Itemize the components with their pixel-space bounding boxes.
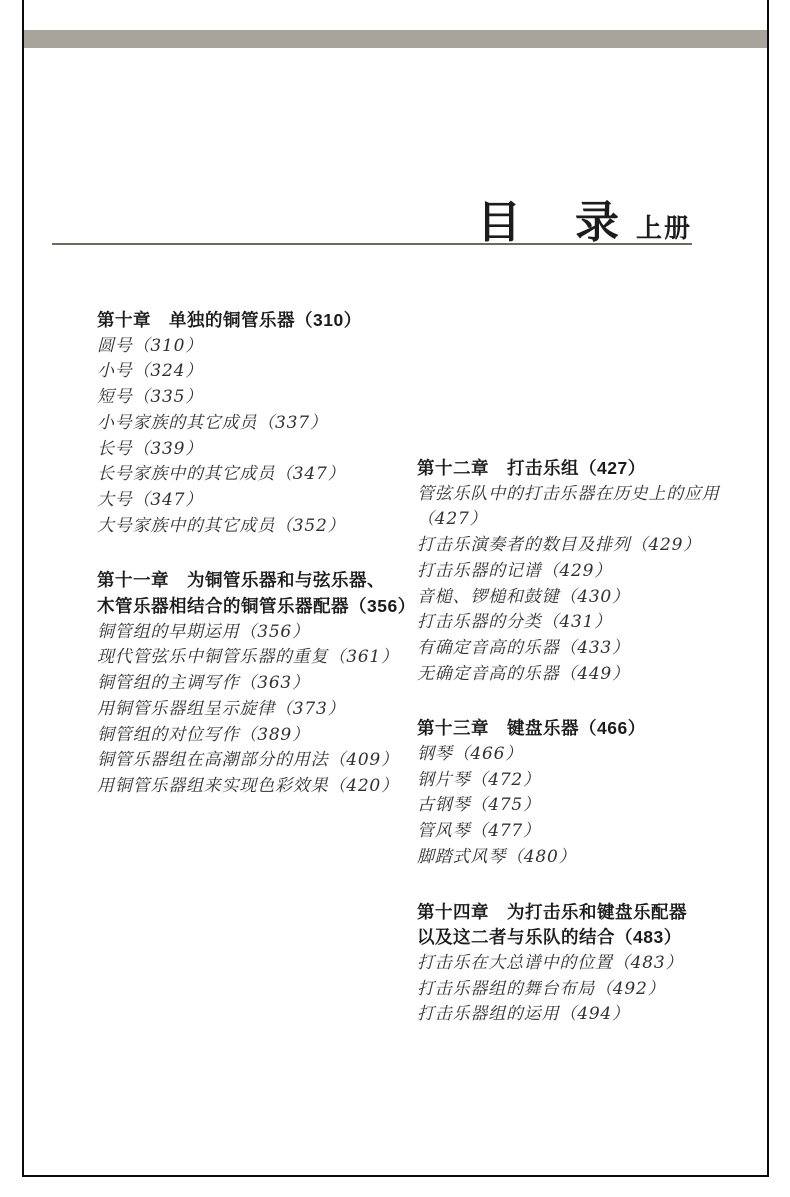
toc-item: 无确定音高的乐器（449）	[417, 662, 757, 688]
page-border-left	[22, 0, 24, 1177]
toc-item: 用铜管乐器组呈示旋律（373）	[97, 697, 419, 723]
chapter-heading: 第十三章 键盘乐器（466）	[417, 716, 757, 742]
toc-item: 铜管组的早期运用（356）	[97, 620, 419, 646]
chapter-heading: 第十一章 为铜管乐器和与弦乐器、 木管乐器相结合的铜管乐器配器（356）	[97, 568, 419, 619]
chapter-heading: 第十四章 为打击乐和键盘乐配器 以及这二者与乐队的结合（483）	[417, 900, 757, 951]
toc-item: 小号（324）	[97, 359, 419, 385]
toc-item: 长号家族中的其它成员（347）	[97, 462, 419, 488]
toc-section: 第十四章 为打击乐和键盘乐配器 以及这二者与乐队的结合（483）打击乐在大总谱中…	[417, 900, 757, 1029]
toc-item: 打击乐器组的运用（494）	[417, 1002, 757, 1028]
toc-item: 圆号（310）	[97, 334, 419, 360]
toc-item: 打击乐器的分类（431）	[417, 610, 757, 636]
page-title: 目 录	[477, 197, 624, 248]
toc-section: 第十三章 键盘乐器（466）钢琴（466）钢片琴（472）古钢琴（475）管风琴…	[417, 716, 757, 870]
page-border-bottom	[22, 1175, 769, 1177]
toc-item: 打击乐器组的舞台布局（492）	[417, 977, 757, 1003]
toc-item: 小号家族的其它成员（337）	[97, 411, 419, 437]
title-underline	[52, 243, 692, 245]
toc-section: 第十二章 打击乐组（427）管弦乐队中的打击乐器在历史上的应用 （427）打击乐…	[417, 456, 757, 687]
toc-item: 打击乐器的记谱（429）	[417, 559, 757, 585]
toc-item: 现代管弦乐中铜管乐器的重复（361）	[97, 645, 419, 671]
toc-item: 钢琴（466）	[417, 742, 757, 768]
toc-column-left: 第十章 单独的铜管乐器（310）圆号（310）小号（324）短号（335）小号家…	[97, 308, 419, 800]
toc-item: 大号（347）	[97, 488, 419, 514]
toc-item: 短号（335）	[97, 385, 419, 411]
toc-section: 第十章 单独的铜管乐器（310）圆号（310）小号（324）短号（335）小号家…	[97, 308, 419, 539]
toc-item: 脚踏式风琴（480）	[417, 845, 757, 871]
toc-item: 管弦乐队中的打击乐器在历史上的应用 （427）	[417, 482, 757, 533]
toc-item: 音槌、锣槌和鼓键（430）	[417, 585, 757, 611]
toc-item: 有确定音高的乐器（433）	[417, 636, 757, 662]
toc-item: 大号家族中的其它成员（352）	[97, 514, 419, 540]
toc-item: 铜管组的对位写作（389）	[97, 723, 419, 749]
scanned-book-page: 目 录上册 第十章 单独的铜管乐器（310）圆号（310）小号（324）短号（3…	[0, 0, 790, 1197]
volume-label: 上册	[636, 214, 692, 244]
toc-item: 古钢琴（475）	[417, 793, 757, 819]
toc-item: 长号（339）	[97, 437, 419, 463]
chapter-heading: 第十章 单独的铜管乐器（310）	[97, 308, 419, 334]
toc-item: 用铜管乐器组来实现色彩效果（420）	[97, 774, 419, 800]
toc-header: 目 录上册	[52, 186, 692, 250]
toc-item: 铜管组的主调写作（363）	[97, 671, 419, 697]
page-border-right	[767, 0, 769, 1177]
toc-item: 打击乐演奏者的数目及排列（429）	[417, 533, 757, 559]
toc-item: 钢片琴（472）	[417, 768, 757, 794]
toc-item: 铜管乐器组在高潮部分的用法（409）	[97, 748, 419, 774]
toc-column-right: 第十二章 打击乐组（427）管弦乐队中的打击乐器在历史上的应用 （427）打击乐…	[417, 456, 757, 1028]
toc-item: 打击乐在大总谱中的位置（483）	[417, 951, 757, 977]
toc-section: 第十一章 为铜管乐器和与弦乐器、 木管乐器相结合的铜管乐器配器（356）铜管组的…	[97, 568, 419, 799]
scan-top-band	[24, 30, 767, 48]
toc-item: 管风琴（477）	[417, 819, 757, 845]
chapter-heading: 第十二章 打击乐组（427）	[417, 456, 757, 482]
